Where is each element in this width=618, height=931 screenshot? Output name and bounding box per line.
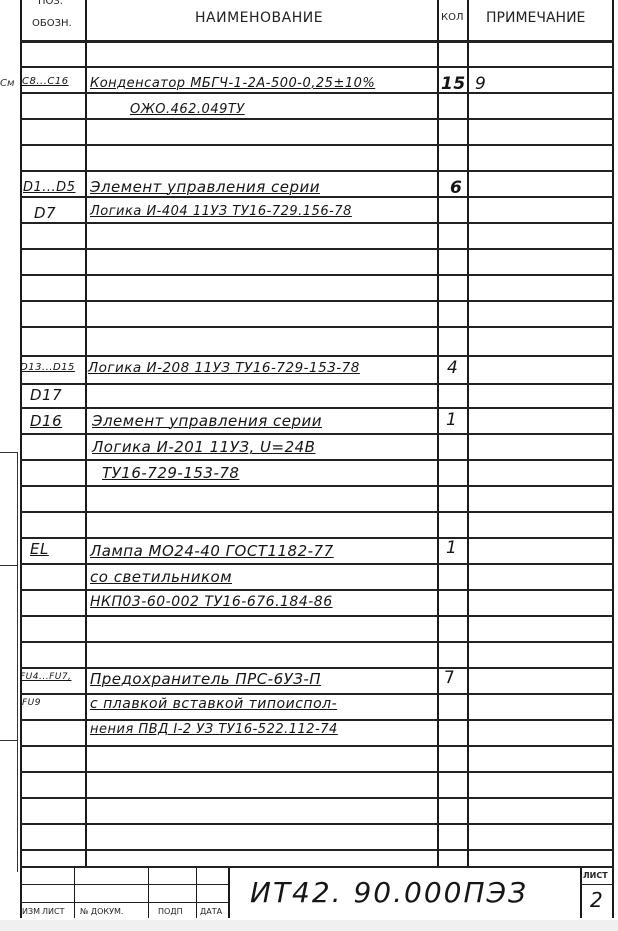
row-note: 9 [475, 74, 486, 94]
tb-label-sheet: ЛИСТ [42, 907, 64, 916]
row-rule [20, 485, 614, 487]
row-rule [20, 719, 614, 721]
document-designation: ИТ42. 90.000ПЭЗ [250, 876, 528, 909]
row-rule [20, 196, 614, 198]
row-pos: FU4...FU7, [20, 672, 71, 682]
sheet-label: ЛИСТ [583, 871, 608, 880]
scan-border-bottom [0, 920, 618, 931]
row-rule [20, 383, 614, 385]
row-name: с плавкой вставкой типоиспол- [90, 696, 337, 712]
row-name: Лампа МО24-40 ГОСТ1182-77 [90, 542, 334, 560]
spec-sheet: ПОЗ. ОБОЗН. НАИМЕНОВАНИЕ КОЛ ПРИМЕЧАНИЕ … [20, 0, 614, 918]
row-rule [20, 222, 614, 224]
row-pos: D17 [30, 386, 62, 404]
row-name: ТУ16-729-153-78 [102, 464, 239, 482]
row-rule [20, 407, 614, 409]
binding-strip-rule [0, 740, 18, 741]
row-rule [20, 355, 614, 357]
header-qty: КОЛ [441, 12, 464, 23]
row-name: НКП03-60-002 ТУ16-676.184-86 [90, 594, 333, 610]
title-block: ИЗМ ЛИСТ № ДОКУМ. ПОДП ДАТА ИТ42. 90.000… [20, 866, 614, 918]
header-pos-line1: ПОЗ. [38, 0, 63, 7]
binding-strip-box [0, 452, 18, 872]
row-rule [20, 300, 614, 302]
row-name: Элемент управления серии [92, 412, 322, 430]
tb-divider [228, 868, 230, 918]
row-rule [20, 745, 614, 747]
header-note: ПРИМЕЧАНИЕ [486, 10, 585, 26]
tb-divider [74, 868, 75, 918]
row-name: Логика И-208 11УЗ ТУ16-729-153-78 [88, 360, 360, 376]
row-pos: D16 [30, 412, 62, 430]
row-qty: 1 [446, 538, 457, 558]
header-name: НАИМЕНОВАНИЕ [195, 10, 323, 26]
row-qty: 4 [447, 358, 458, 378]
row-pos: EL [30, 540, 49, 558]
tb-divider [196, 868, 197, 918]
row-name: со светильником [90, 568, 232, 586]
row-rule [20, 433, 614, 435]
tb-rule [580, 884, 614, 885]
tb-divider [580, 868, 582, 918]
row-pos: D7 [34, 204, 56, 222]
row-qty: 6 [450, 178, 462, 198]
row-pos: FU9 [22, 698, 41, 708]
row-name: нения ПВД I-2 УЗ ТУ16-522.112-74 [90, 722, 338, 737]
row-rule [20, 563, 614, 565]
row-rule [20, 92, 614, 94]
tb-rule [20, 884, 228, 885]
row-name: Логика И-404 11УЗ ТУ16-729.156-78 [90, 204, 352, 219]
row-rule [20, 248, 614, 250]
row-qty: 1 [446, 410, 457, 430]
row-rule [20, 615, 614, 617]
row-rule [20, 459, 614, 461]
tb-label-change: ИЗМ [22, 907, 40, 916]
row-rule [20, 144, 614, 146]
row-rule [20, 771, 614, 773]
row-rule [20, 326, 614, 328]
row-rule [20, 66, 614, 68]
row-qty: 7 [444, 668, 455, 688]
row-rule [20, 537, 614, 539]
sheet-number: 2 [590, 888, 603, 912]
row-rule [20, 641, 614, 643]
row-rule [20, 823, 614, 825]
row-name: Предохранитель ПРС-6УЗ-П [90, 670, 321, 688]
row-name: Элемент управления серии [90, 178, 320, 196]
row-rule [20, 797, 614, 799]
row-name: ОЖО.462.049ТУ [130, 102, 245, 117]
binding-strip-rule [0, 565, 18, 566]
row-rule [20, 274, 614, 276]
row-pos: D13...D15 [20, 362, 75, 373]
row-qty: 15 [441, 74, 466, 94]
tb-label-doc: № ДОКУМ. [80, 907, 123, 916]
margin-mark: См [0, 78, 15, 89]
header-pos-line2: ОБОЗН. [32, 18, 72, 29]
row-rule [20, 511, 614, 513]
row-rule [20, 170, 614, 172]
header-rule [20, 40, 614, 43]
row-rule [20, 118, 614, 120]
row-rule [20, 849, 614, 851]
tb-rule [20, 902, 228, 903]
row-rule [20, 667, 614, 669]
tb-label-sign: ПОДП [158, 907, 183, 916]
row-rule [20, 589, 614, 591]
row-name: Логика И-201 11УЗ, U=24В [92, 438, 315, 456]
row-pos: D1...D5 [23, 180, 75, 195]
row-name: Конденсатор МБГЧ-1-2А-500-0,25±10% [90, 76, 375, 91]
tb-label-date: ДАТА [200, 907, 222, 916]
row-rule [20, 693, 614, 695]
row-pos: C8...C16 [22, 76, 69, 87]
tb-divider [148, 868, 149, 918]
